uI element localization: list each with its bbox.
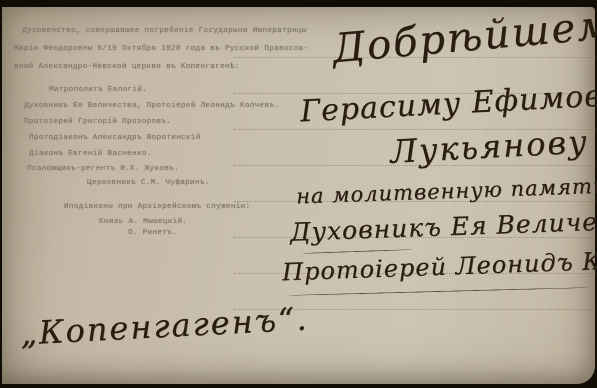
handwritten-line-memory: на молитвенную память. <box>296 173 597 208</box>
clergy-list-item: Протоіерей Григорій Прозоровъ. <box>24 118 171 127</box>
handwritten-line-dedication: Добрѣйшему <box>331 0 597 72</box>
attendant-name: Князь А. Мышецкій. <box>99 218 187 227</box>
clergy-list-item: Псаломщикъ-регентъ И.Х. Жуковъ. <box>27 165 179 174</box>
typed-paragraph-line: вной Александро-Невской церкви въ Копенг… <box>14 63 240 72</box>
handwritten-line-title: Духовникъ Ея Величества, <box>290 204 597 247</box>
photo-of-postcard: Духовенство, совершавшее погребеніе Госу… <box>0 0 597 388</box>
typed-paragraph-line: Маріи Феодоровны 6/19 Октября 1928 года … <box>14 45 308 54</box>
underline-flourish <box>288 287 588 296</box>
handwritten-line-recipient: Герасиму Ефимовичу <box>299 76 597 130</box>
handwritten-line-signature: Протоіерей Леонидъ Колчевъ. <box>282 244 597 287</box>
attendant-name: О. Ринетъ. <box>128 229 177 238</box>
postcard-paper: Духовенство, совершавшее погребеніе Госу… <box>2 7 595 384</box>
handwritten-place-name: „Копенгагенъ“. <box>19 299 309 352</box>
typed-paragraph-line: Духовенство, совершавшее погребеніе Госу… <box>22 27 307 36</box>
handwritten-line-surname: Лукьянову . <box>389 121 597 171</box>
attendants-header: Иподіаконы при Архіерейскомъ служеніи: <box>64 203 250 212</box>
clergy-list-item: Протодіаконъ Александръ Воротинскій <box>29 134 201 143</box>
clergy-list-item: Діаконъ Евгеній Васненко. <box>29 150 152 159</box>
underline-flourish <box>302 249 412 254</box>
clergy-list-item: Духовникъ Ея Величества, Протоіерей Леон… <box>24 102 279 111</box>
clergy-list-item: Церковникъ С.М. Чуфаринъ. <box>87 179 210 188</box>
clergy-list-item: Митрополитъ Евлогій. <box>49 86 147 95</box>
